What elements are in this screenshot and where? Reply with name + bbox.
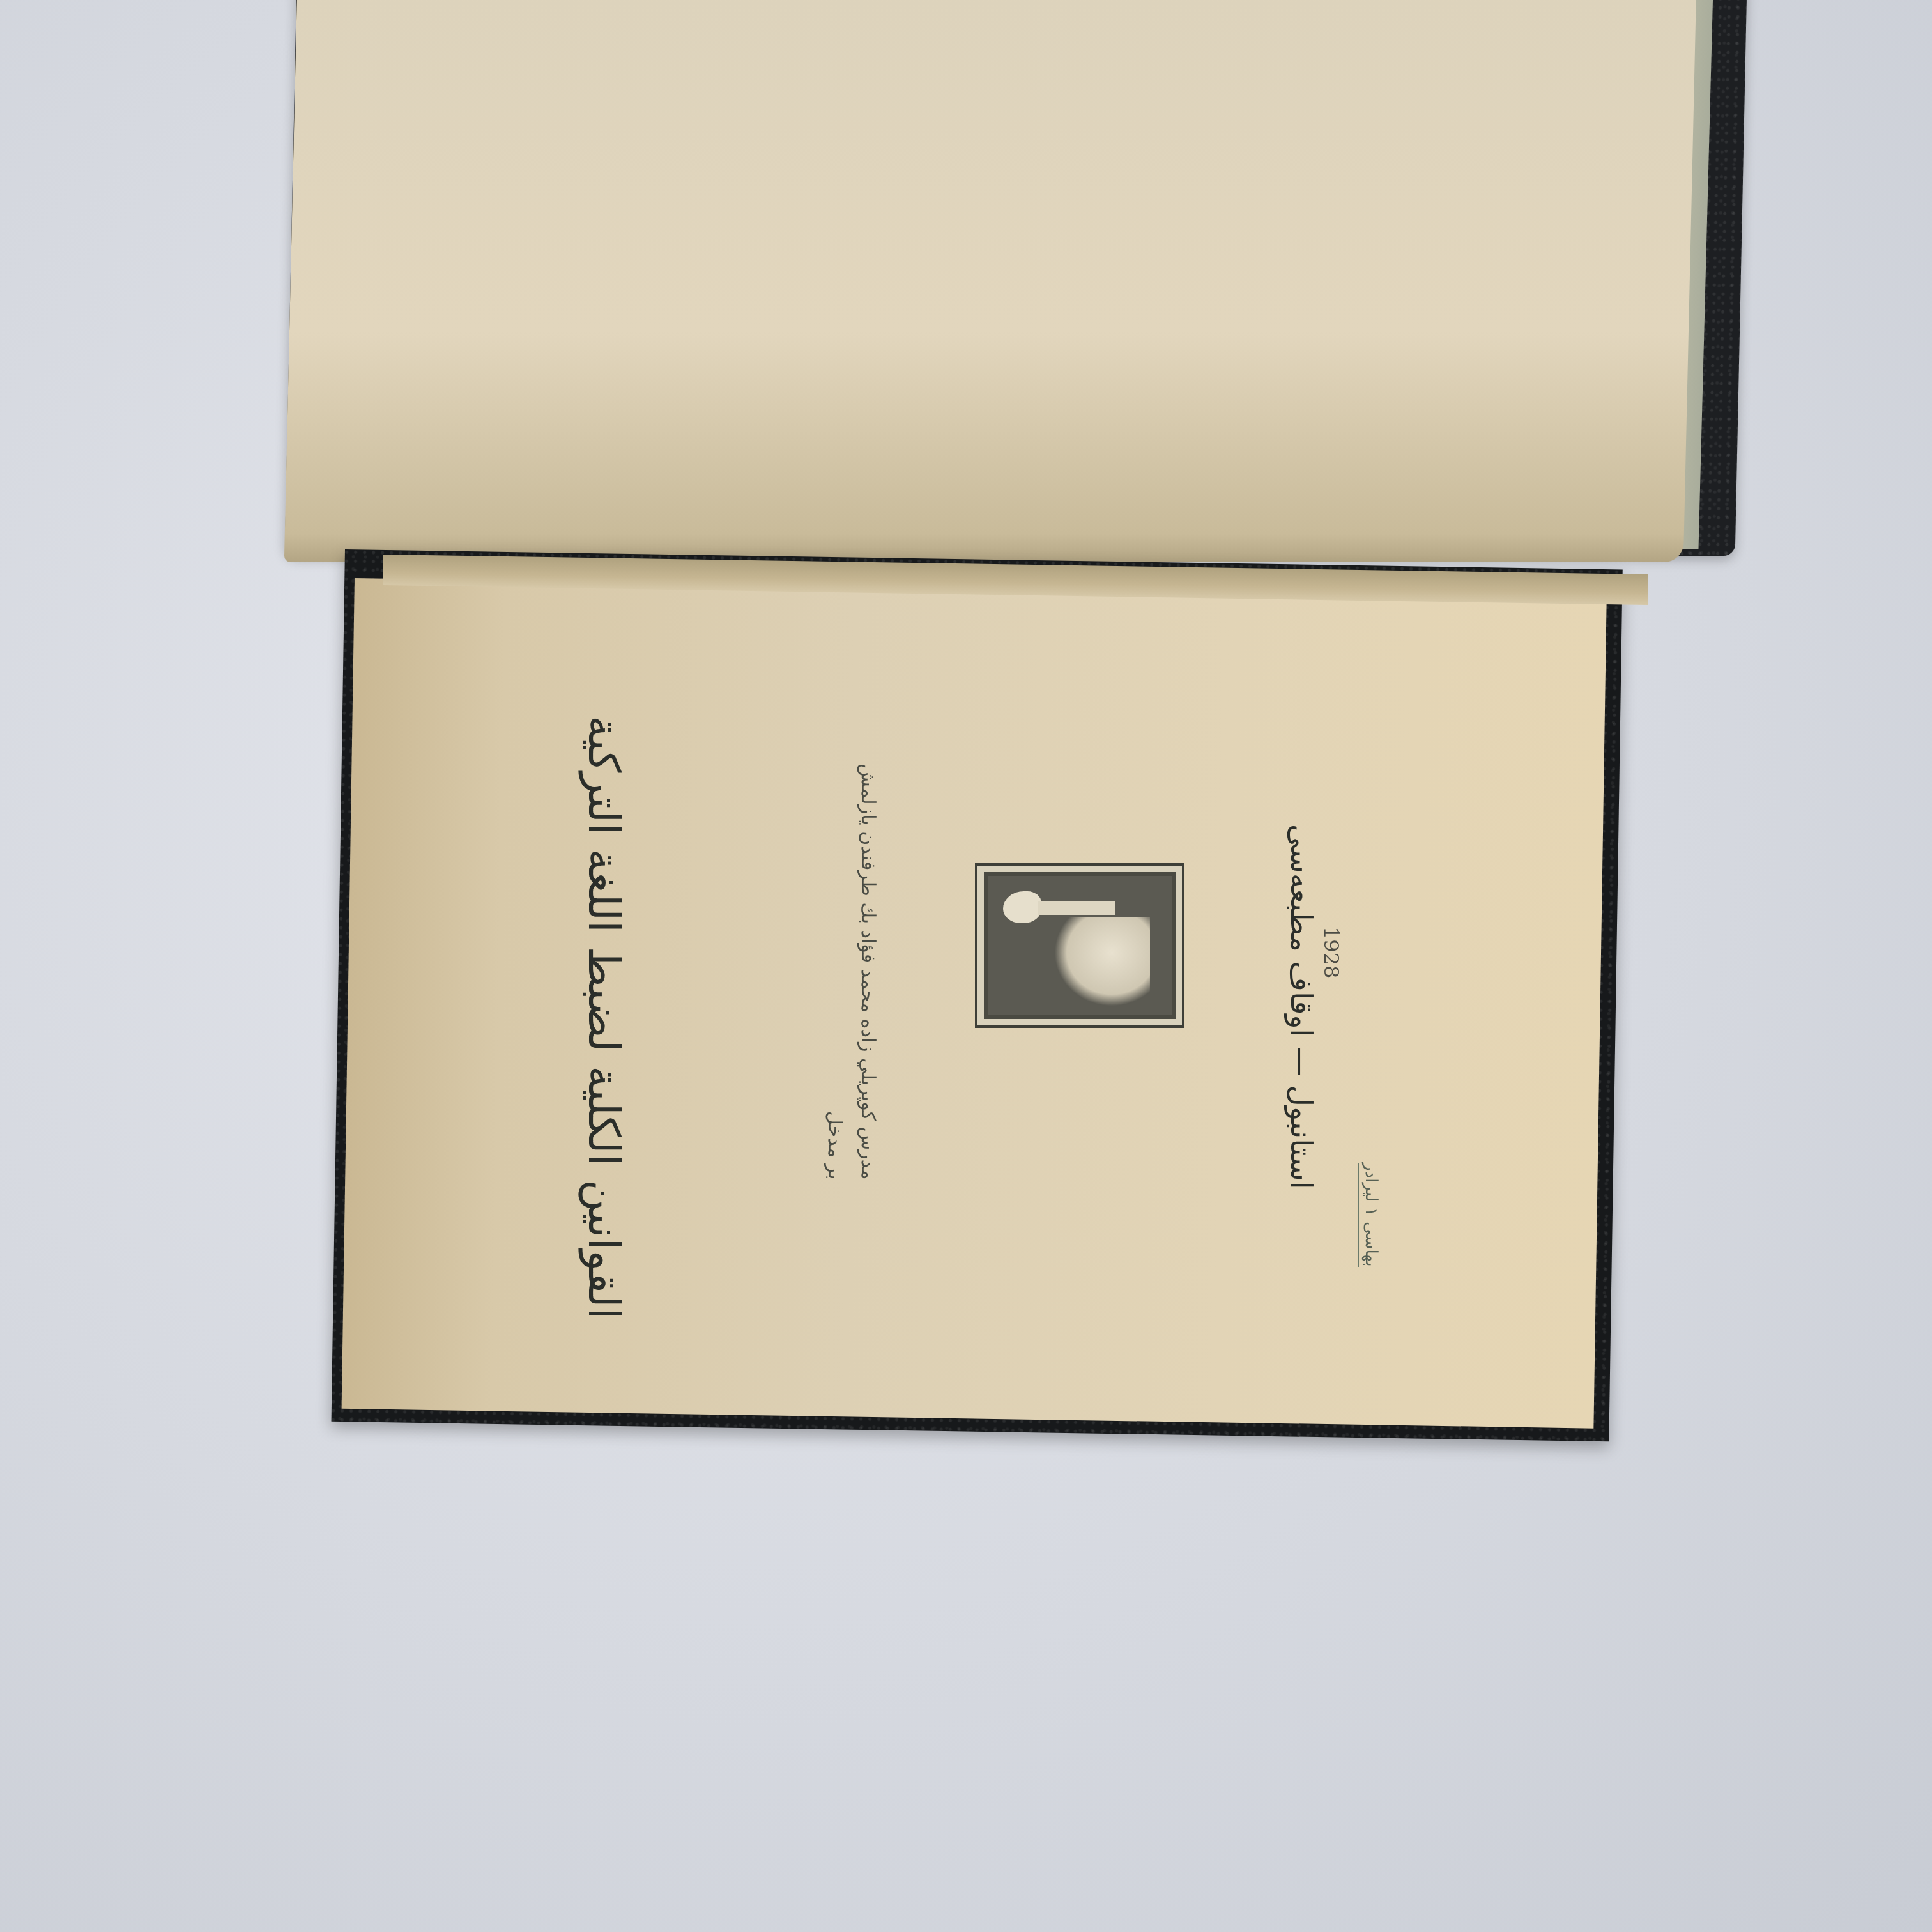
- publication-year: 1928: [1319, 926, 1344, 978]
- title-page: [342, 578, 1607, 1429]
- torch-bearer-vignette-icon: [977, 866, 1182, 1025]
- author-line: مدرس كوپريلي زاده محمد فؤاد بك طرفندن يا…: [851, 763, 884, 1180]
- price-note: بهاسى ١ ليرادر: [1358, 1163, 1381, 1267]
- blank-verso-page: [284, 0, 1696, 562]
- place-publisher: استانبول — اوقاف مطبعه‌سى: [1284, 824, 1319, 1190]
- author-credit: مدرس كوپريلي زاده محمد فؤاد بك طرفندن يا…: [818, 763, 884, 1180]
- book-title: القوانين الكلية لضبط اللغة التركية: [578, 716, 629, 1320]
- photo-scene: القوانين الكلية لضبط اللغة التركية مدرس …: [0, 0, 1932, 1932]
- author-line: بر مدخل: [818, 763, 851, 1180]
